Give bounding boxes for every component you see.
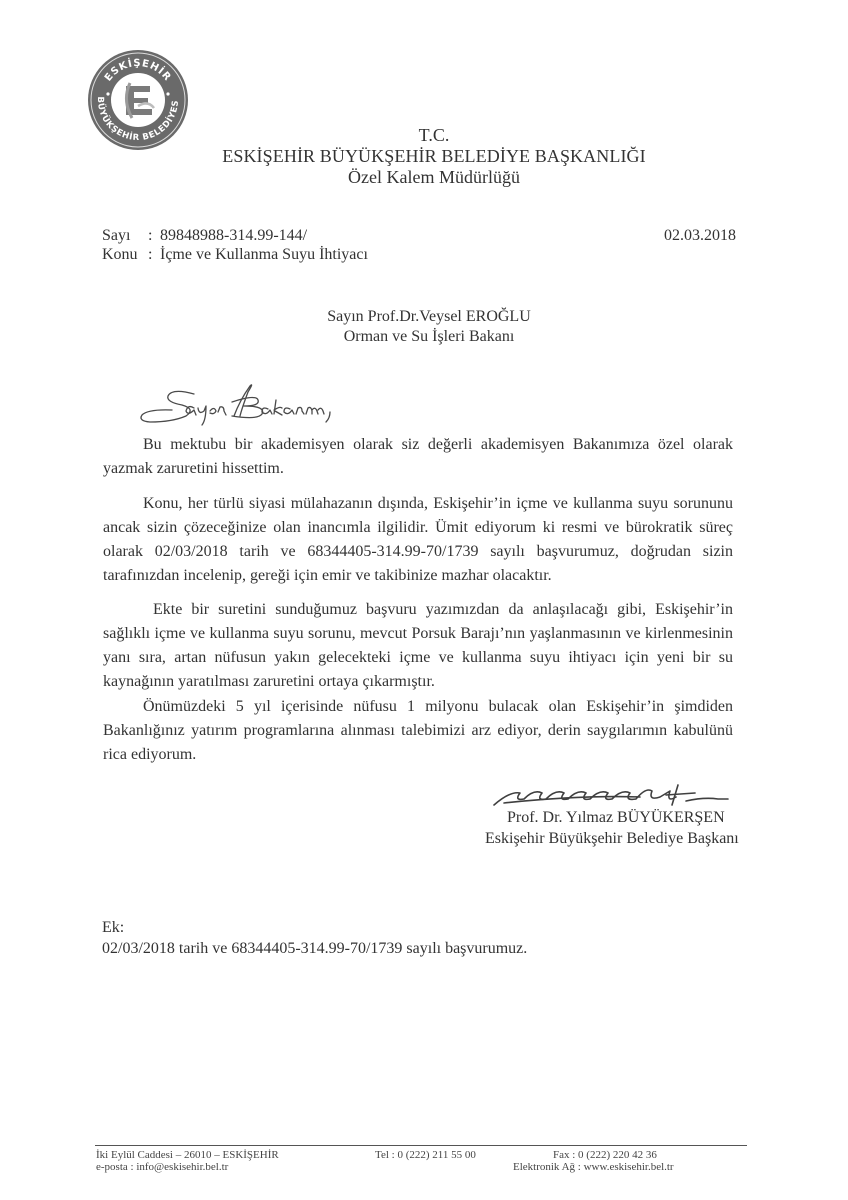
meta-number-row: Sayı:89848988-314.99-144/: [102, 226, 307, 246]
meta-subject-label: Konu: [102, 245, 148, 265]
header-tc: T.C.: [10, 125, 848, 145]
body-paragraph: Konu, her türlü siyasi mülahazanın dışın…: [103, 492, 733, 588]
footer-divider: [95, 1145, 747, 1146]
header-department: Özel Kalem Müdürlüğü: [10, 167, 848, 187]
handwritten-salutation: [136, 378, 336, 428]
attachment-label: Ek:: [102, 918, 124, 938]
footer-email: e-posta : info@eskisehir.bel.tr: [96, 1161, 228, 1174]
signatory-title: Eskişehir Büyükşehir Belediye Başkanı: [485, 829, 739, 849]
signatory-name: Prof. Dr. Yılmaz BÜYÜKERŞEN: [507, 808, 725, 828]
recipient-title: Orman ve Su İşleri Bakanı: [5, 327, 848, 347]
meta-separator: :: [148, 226, 160, 246]
letter-date: 02.03.2018: [664, 226, 736, 246]
body-paragraph: Bu mektubu bir akademisyen olarak siz de…: [103, 433, 733, 481]
attachment-item: 02/03/2018 tarih ve 68344405-314.99-70/1…: [102, 939, 527, 959]
recipient-name: Sayın Prof.Dr.Veysel EROĞLU: [5, 307, 848, 327]
header-organization: ESKİŞEHİR BÜYÜKŞEHİR BELEDİYE BAŞKANLIĞI: [10, 146, 848, 166]
meta-number-value: 89848988-314.99-144/: [160, 227, 307, 244]
meta-separator: :: [148, 245, 160, 265]
meta-subject-value: İçme ve Kullanma Suyu İhtiyacı: [160, 246, 368, 263]
footer-website: Elektronik Ağ : www.eskisehir.bel.tr: [513, 1161, 674, 1174]
body-paragraph: Ekte bir suretini sunduğumuz başvuru yaz…: [103, 598, 733, 694]
body-paragraph: Önümüzdeki 5 yıl içerisinde nüfusu 1 mil…: [103, 695, 733, 767]
meta-number-label: Sayı: [102, 226, 148, 246]
footer-phone: Tel : 0 (222) 211 55 00: [375, 1149, 476, 1162]
meta-subject-row: Konu:İçme ve Kullanma Suyu İhtiyacı: [102, 245, 368, 265]
